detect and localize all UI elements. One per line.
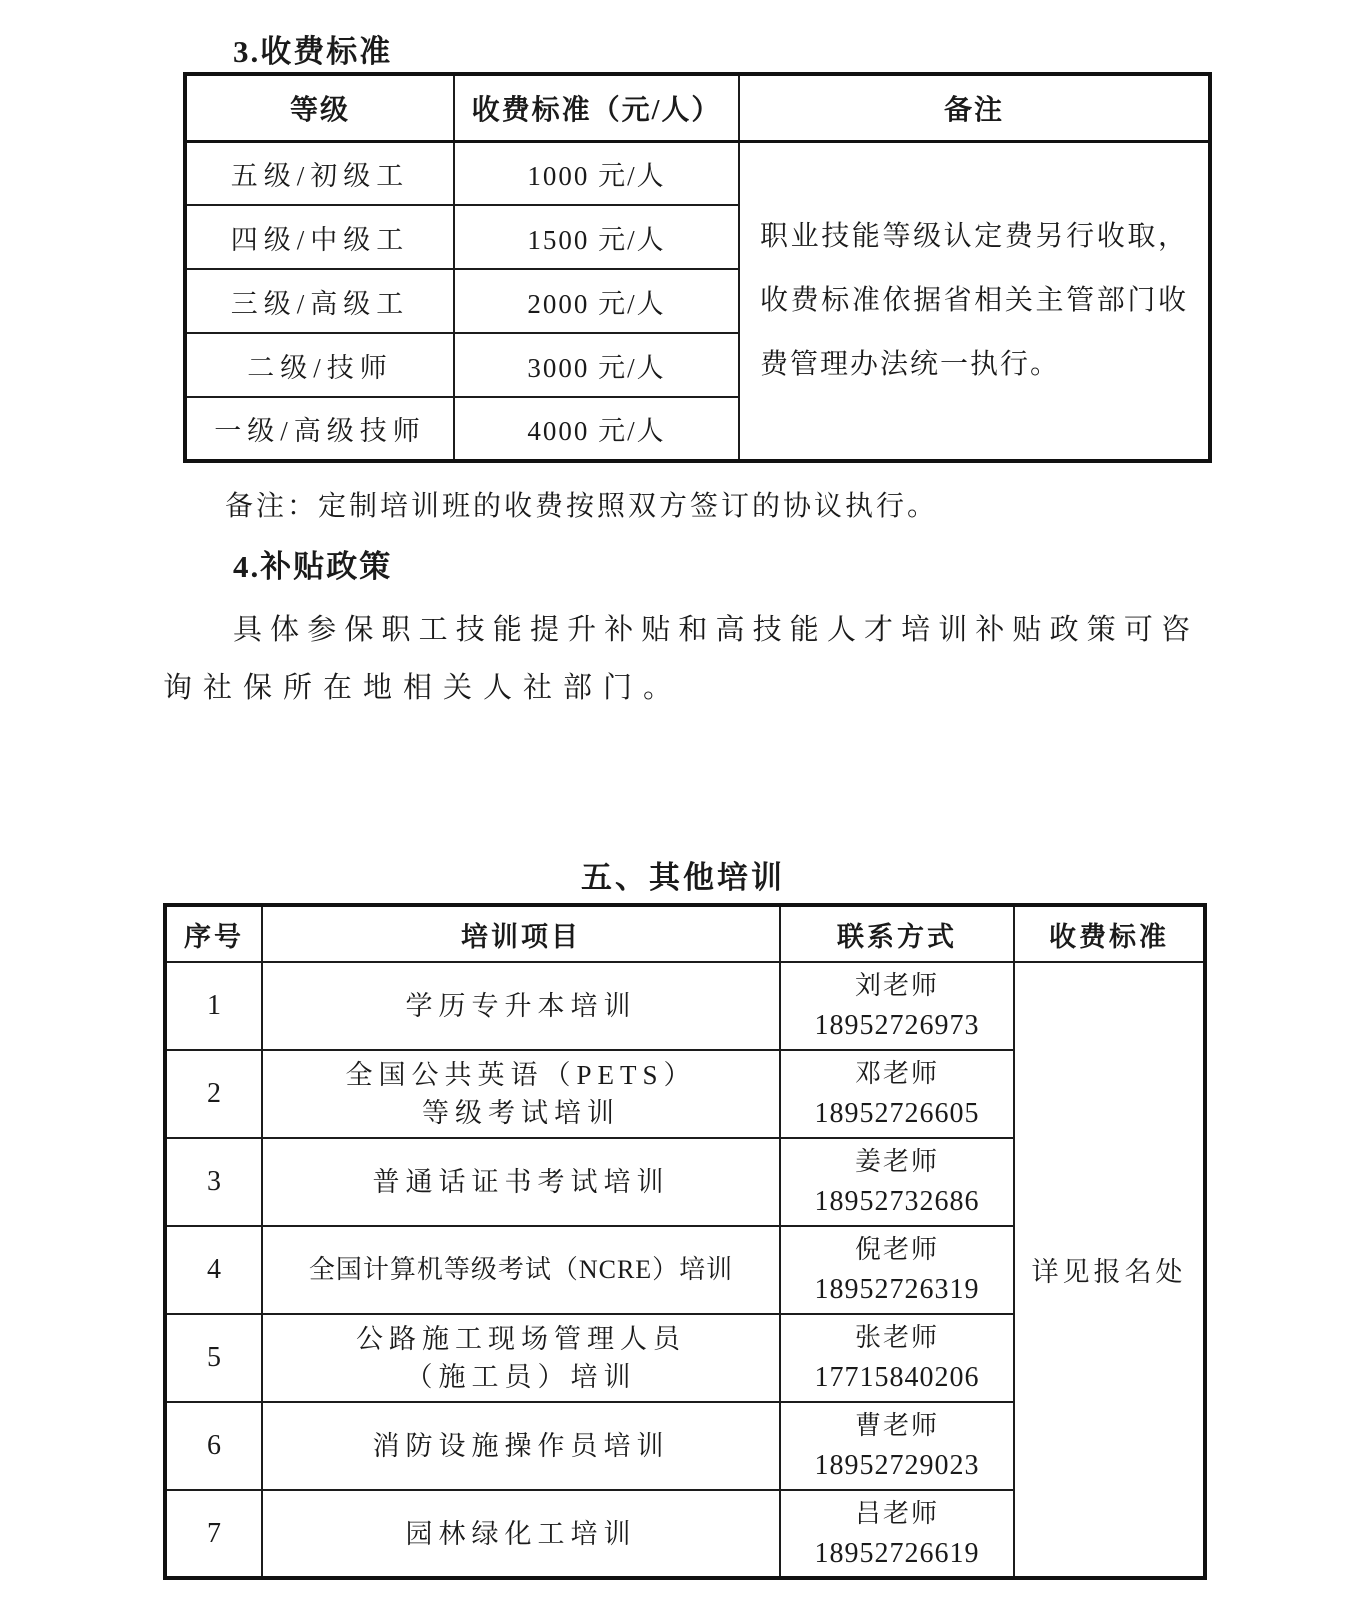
project-cell: 公路施工现场管理人员 （施工员）培训	[262, 1314, 780, 1402]
fee-cell: 3000 元/人	[454, 333, 739, 397]
section4-heading: 4.补贴政策	[233, 541, 392, 586]
table1-col-level: 等级	[185, 74, 454, 141]
project-cell: 园林绿化工培训	[262, 1490, 780, 1578]
level-cell: 四级/中级工	[185, 205, 454, 269]
table2-header-row: 序号 培训项目 联系方式 收费标准	[165, 905, 1205, 962]
index-cell: 5	[165, 1314, 262, 1402]
phone-number: 17715840206	[781, 1358, 1013, 1398]
level-cell: 二级/技师	[185, 333, 454, 397]
fee-cell: 2000 元/人	[454, 269, 739, 333]
paragraph-line: 询社保所在地相关人社部门。	[163, 659, 1190, 717]
level-cell: 三级/高级工	[185, 269, 454, 333]
table2-col-index: 序号	[165, 905, 262, 962]
table-row: 五级/初级工 1000 元/人 职业技能等级认定费另行收取， 收费标准依据省相关…	[185, 141, 1210, 205]
index-cell: 6	[165, 1402, 262, 1490]
project-cell: 消防设施操作员培训	[262, 1402, 780, 1490]
section3-heading: 3.收费标准	[233, 26, 392, 71]
teacher-name: 倪老师	[781, 1230, 1013, 1270]
project-line: 园林绿化工培训	[263, 1515, 779, 1553]
table1-header-row: 等级 收费标准（元/人） 备注	[185, 74, 1210, 141]
index-cell: 3	[165, 1138, 262, 1226]
teacher-name: 张老师	[781, 1318, 1013, 1358]
table1-col-remark: 备注	[739, 74, 1210, 141]
table1-footnote: 备注：定制培训班的收费按照双方签订的协议执行。	[225, 484, 938, 524]
phone-number: 18952726319	[781, 1270, 1013, 1310]
project-cell: 学历专升本培训	[262, 962, 780, 1050]
remark-cell: 职业技能等级认定费另行收取， 收费标准依据省相关主管部门收 费管理办法统一执行。	[739, 141, 1210, 461]
level-cell: 一级/高级技师	[185, 397, 454, 461]
index-cell: 2	[165, 1050, 262, 1138]
remark-line: 收费标准依据省相关主管部门收	[740, 269, 1208, 333]
phone-number: 18952726619	[781, 1534, 1013, 1574]
remark-line: 职业技能等级认定费另行收取，	[740, 205, 1208, 269]
level-cell: 五级/初级工	[185, 141, 454, 205]
paragraph-line: 具体参保职工技能提升补贴和高技能人才培训补贴政策可咨	[163, 601, 1190, 659]
index-cell: 7	[165, 1490, 262, 1578]
phone-number: 18952729023	[781, 1446, 1013, 1486]
phone-number: 18952732686	[781, 1182, 1013, 1222]
contact-cell: 姜老师 18952732686	[780, 1138, 1014, 1226]
phone-number: 18952726605	[781, 1094, 1013, 1134]
table2-col-contact: 联系方式	[780, 905, 1014, 962]
fee-cell: 1500 元/人	[454, 205, 739, 269]
phone-number: 18952726973	[781, 1006, 1013, 1046]
project-line: 全国公共英语（PETS）	[263, 1056, 779, 1094]
teacher-name: 刘老师	[781, 966, 1013, 1006]
teacher-name: 姜老师	[781, 1142, 1013, 1182]
contact-cell: 张老师 17715840206	[780, 1314, 1014, 1402]
fee-cell: 1000 元/人	[454, 141, 739, 205]
table-row: 1 学历专升本培训 刘老师 18952726973 详见报名处	[165, 962, 1205, 1050]
fee-note-cell: 详见报名处	[1014, 962, 1205, 1578]
project-line: 公路施工现场管理人员	[263, 1320, 779, 1358]
table2-col-project: 培训项目	[262, 905, 780, 962]
index-cell: 4	[165, 1226, 262, 1314]
teacher-name: 曹老师	[781, 1406, 1013, 1446]
contact-cell: 曹老师 18952729023	[780, 1402, 1014, 1490]
project-cell: 全国公共英语（PETS） 等级考试培训	[262, 1050, 780, 1138]
section4-paragraph: 具体参保职工技能提升补贴和高技能人才培训补贴政策可咨 询社保所在地相关人社部门。	[163, 601, 1190, 717]
project-cell: 全国计算机等级考试（NCRE）培训	[262, 1226, 780, 1314]
table1-col-fee: 收费标准（元/人）	[454, 74, 739, 141]
fee-standard-table: 等级 收费标准（元/人） 备注 五级/初级工 1000 元/人 职业技能等级认定…	[183, 72, 1212, 463]
teacher-name: 邓老师	[781, 1054, 1013, 1094]
project-line: 学历专升本培训	[263, 987, 779, 1025]
remark-line: 费管理办法统一执行。	[740, 333, 1208, 397]
project-line: 消防设施操作员培训	[263, 1427, 779, 1465]
project-line: （施工员）培训	[263, 1358, 779, 1396]
contact-cell: 刘老师 18952726973	[780, 962, 1014, 1050]
index-cell: 1	[165, 962, 262, 1050]
contact-cell: 邓老师 18952726605	[780, 1050, 1014, 1138]
teacher-name: 吕老师	[781, 1494, 1013, 1534]
table2-col-fee: 收费标准	[1014, 905, 1205, 962]
contact-cell: 吕老师 18952726619	[780, 1490, 1014, 1578]
project-cell: 普通话证书考试培训	[262, 1138, 780, 1226]
project-line: 等级考试培训	[263, 1094, 779, 1132]
project-line: 全国计算机等级考试（NCRE）培训	[263, 1251, 779, 1289]
section5-heading: 五、其他培训	[163, 852, 1203, 897]
other-training-table: 序号 培训项目 联系方式 收费标准 1 学历专升本培训 刘老师 18952726…	[163, 903, 1207, 1580]
contact-cell: 倪老师 18952726319	[780, 1226, 1014, 1314]
fee-cell: 4000 元/人	[454, 397, 739, 461]
project-line: 普通话证书考试培训	[263, 1163, 779, 1201]
